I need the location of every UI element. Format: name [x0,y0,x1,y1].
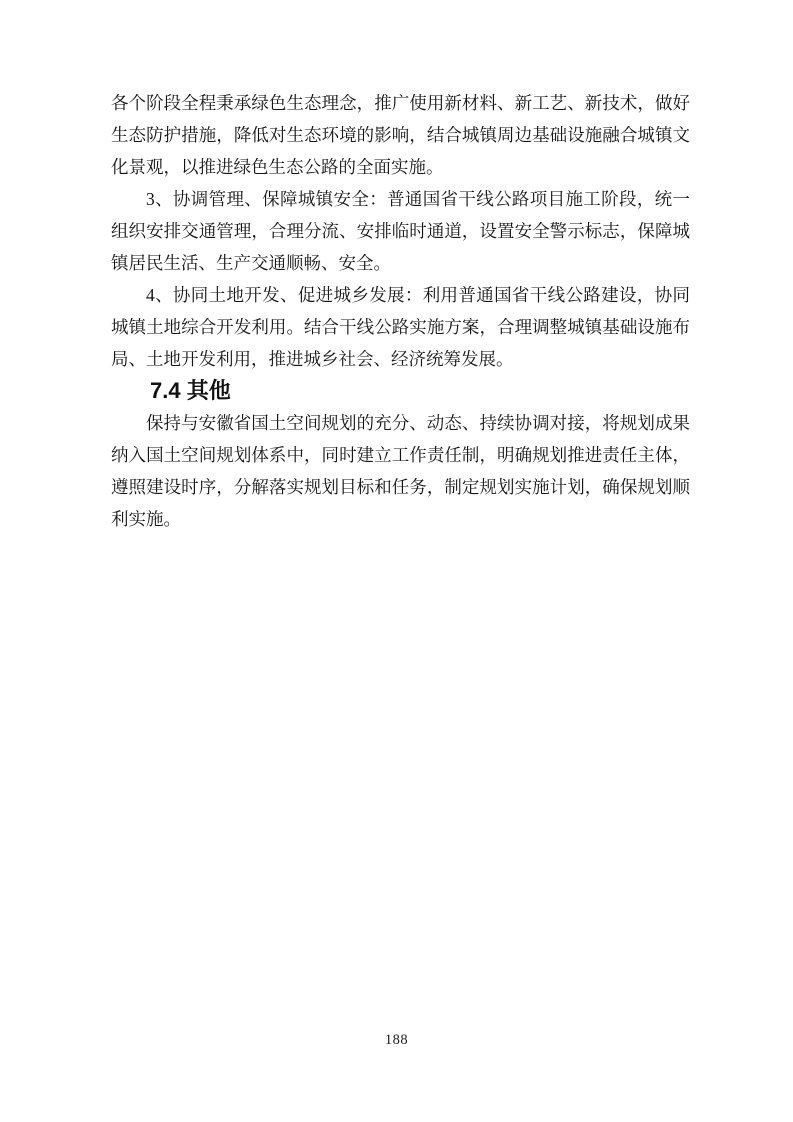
page-number: 188 [0,1032,793,1049]
body-paragraph-item-3: 3、协调管理、保障城镇安全：普通国省干线公路项目施工阶段，统一组织安排交通管理，… [111,183,690,279]
closing-paragraph: 保持与安徽省国土空间规划的充分、动态、持续协调对接，将规划成果纳入国土空间规划体… [111,407,690,535]
page-content: 各个阶段全程秉承绿色生态理念，推广使用新材料、新工艺、新技术，做好生态防护措施，… [111,87,690,535]
body-paragraph-continuation: 各个阶段全程秉承绿色生态理念，推广使用新材料、新工艺、新技术，做好生态防护措施，… [111,87,690,183]
body-paragraph-item-4: 4、协同土地开发、促进城乡发展：利用普通国省干线公路建设，协同城镇土地综合开发利… [111,279,690,375]
section-heading-7-4: 7.4 其他 [111,375,690,407]
document-page: 各个阶段全程秉承绿色生态理念，推广使用新材料、新工艺、新技术，做好生态防护措施，… [0,0,793,1122]
